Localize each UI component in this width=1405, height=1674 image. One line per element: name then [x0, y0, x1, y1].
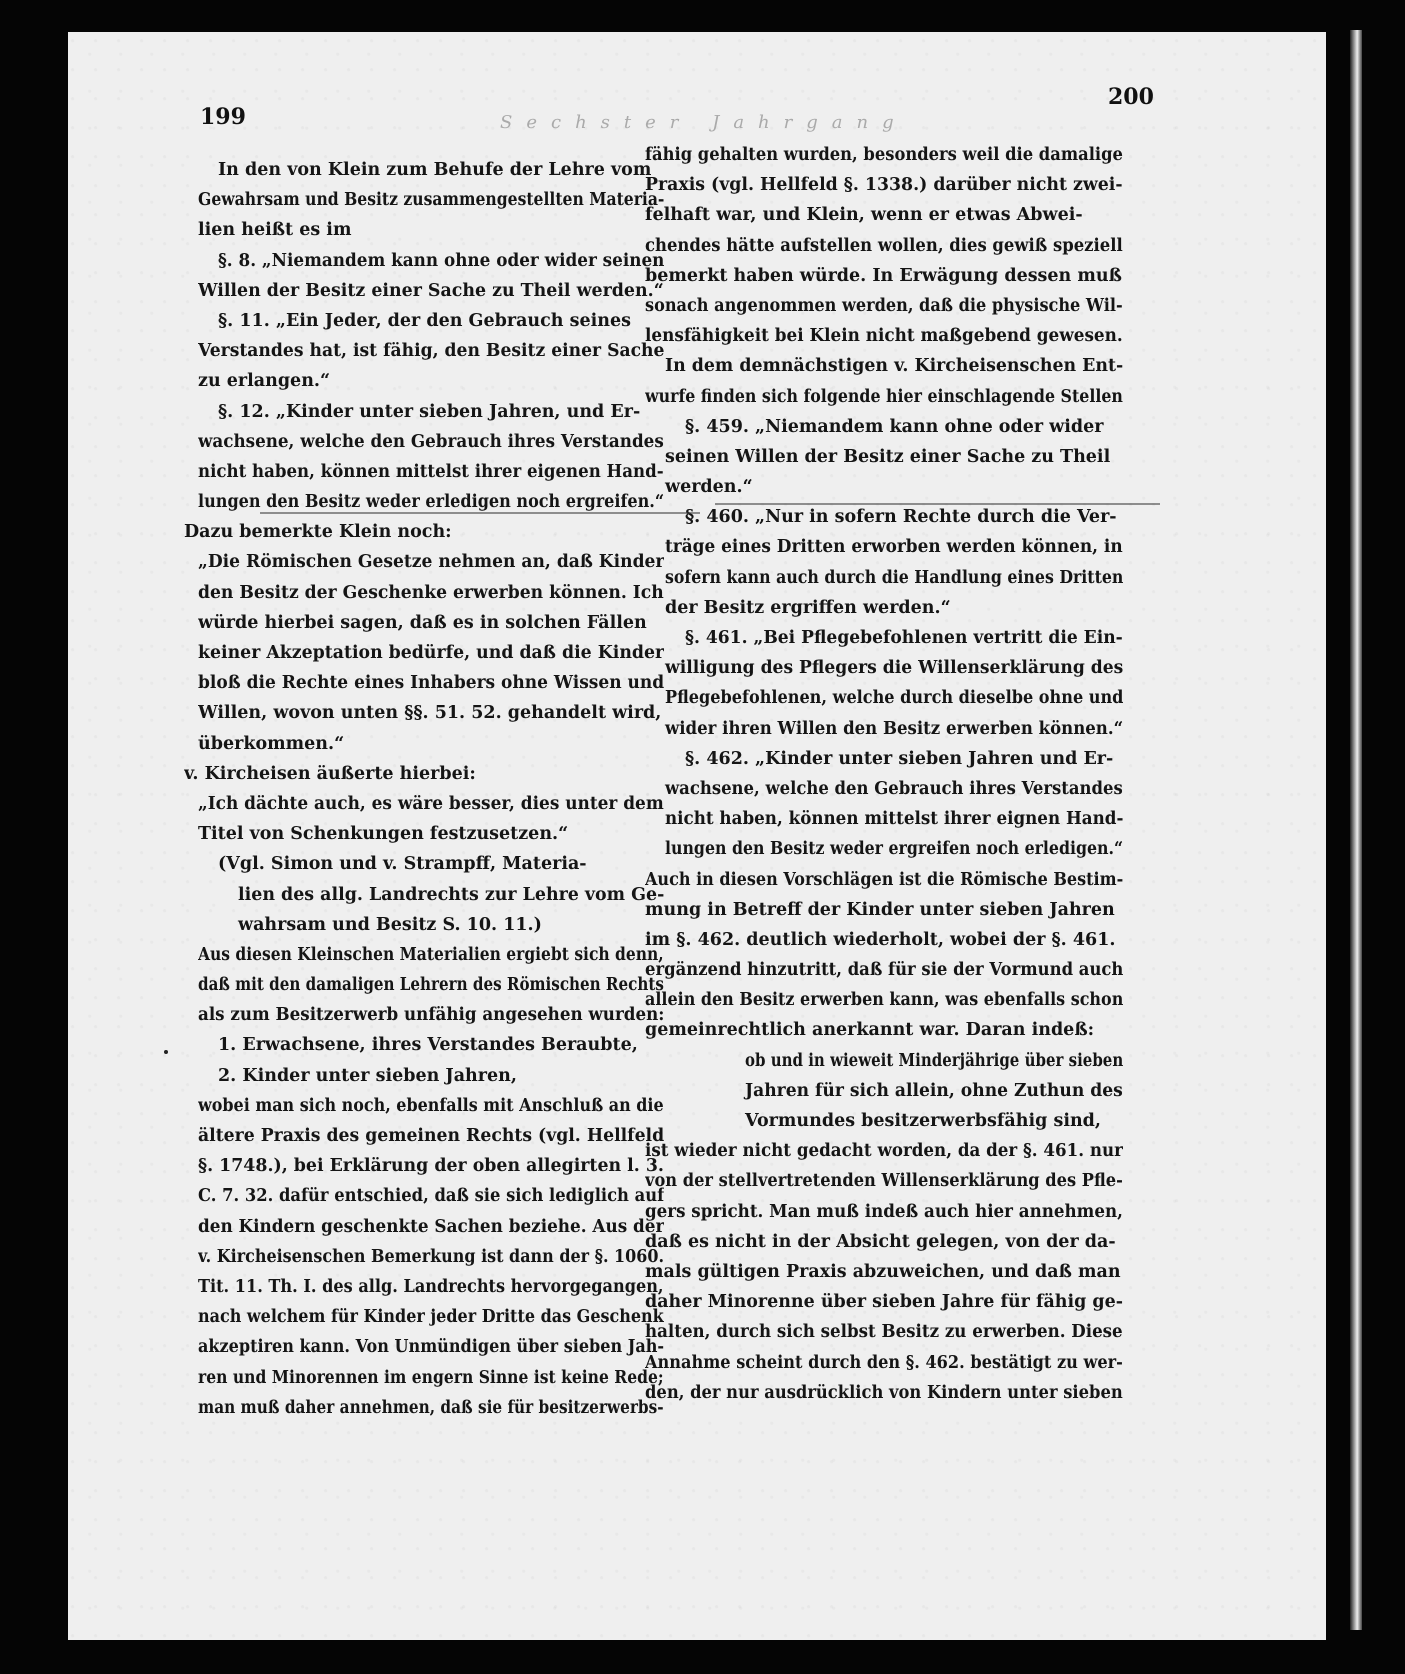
text-line: „Ich dächte auch, es wäre besser, dies u… — [198, 789, 664, 819]
text-line: §. 460. „Nur in sofern Rechte durch die … — [645, 502, 1123, 532]
text-line: §. 12. „Kinder unter sieben Jahren, und … — [198, 397, 664, 427]
text-line: v. Kircheisenschen Bemerkung ist dann de… — [198, 1242, 664, 1272]
text-line: Gewahrsam und Besitz zusammengestellten … — [198, 185, 664, 215]
text-line: ren und Minorennen im engern Sinne ist k… — [198, 1363, 664, 1393]
right-page-text-column: fähig gehalten wurden, besonders weil di… — [645, 140, 1123, 1408]
text-line: In den von Klein zum Behufe der Lehre vo… — [198, 155, 664, 185]
text-line: den Besitz der Geschenke erwerben können… — [198, 578, 664, 608]
text-line: seinen Willen der Besitz einer Sache zu … — [645, 442, 1123, 472]
text-line: Willen, wovon unten §§. 51. 52. gehandel… — [198, 698, 664, 728]
text-line: ergänzend hinzutritt, daß für sie der Vo… — [645, 955, 1123, 985]
text-line: träge eines Dritten erworben werden könn… — [645, 532, 1123, 562]
text-line: Dazu bemerkte Klein noch: — [184, 517, 664, 547]
text-line: §. 462. „Kinder unter sieben Jahren und … — [645, 744, 1123, 774]
text-line: halten, durch sich selbst Besitz zu erwe… — [645, 1317, 1123, 1347]
text-line: felhaft war, und Klein, wenn er etwas Ab… — [645, 200, 1123, 230]
text-line: zu erlangen.“ — [198, 366, 664, 396]
text-line: als zum Besitzerwerb unfähig angesehen w… — [198, 1000, 664, 1030]
text-line: Praxis (vgl. Hellfeld §. 1338.) darüber … — [645, 170, 1123, 200]
page-number-left: 199 — [200, 104, 246, 130]
text-line: daher Minorenne über sieben Jahre für fä… — [645, 1287, 1123, 1317]
text-line: mals gültigen Praxis abzuweichen, und da… — [645, 1257, 1123, 1287]
text-line: akzeptiren kann. Von Unmündigen über sie… — [198, 1332, 664, 1362]
text-line: lensfähigkeit bei Klein nicht maßgebend … — [645, 321, 1123, 351]
text-line: In dem demnächstigen v. Kircheisenschen … — [645, 351, 1123, 381]
text-line: lungen den Besitz weder ergreifen noch e… — [645, 834, 1123, 864]
book-binding-edge — [1350, 30, 1362, 1630]
text-line: wurfe finden sich folgende hier einschla… — [645, 382, 1123, 412]
text-line: den Kindern geschenkte Sachen beziehe. A… — [198, 1212, 664, 1242]
text-line: nicht haben, können mittelst ihrer eigne… — [645, 804, 1123, 834]
text-line: bloß die Rechte eines Inhabers ohne Wiss… — [198, 668, 664, 698]
text-line: 1. Erwachsene, ihres Verstandes Beraubte… — [198, 1030, 664, 1060]
text-line: ältere Praxis des gemeinen Rechts (vgl. … — [198, 1121, 664, 1151]
text-line: keiner Akzeptation bedürfe, und daß die … — [198, 638, 664, 668]
text-line: §. 459. „Niemandem kann ohne oder wider — [645, 412, 1123, 442]
left-page-text-column: In den von Klein zum Behufe der Lehre vo… — [198, 155, 664, 1423]
text-line: wachsene, welche den Gebrauch ihres Vers… — [645, 774, 1123, 804]
text-line: lien heißt es im — [198, 215, 664, 245]
text-line: ob und in wieweit Minderjährige über sie… — [645, 1046, 1123, 1076]
text-line: Titel von Schenkungen festzusetzen.“ — [198, 819, 664, 849]
text-line: Vormundes besitzerwerbsfähig sind, — [645, 1106, 1123, 1136]
text-line: gemeinrechtlich anerkannt war. Daran ind… — [645, 1015, 1123, 1045]
text-line: Auch in diesen Vorschlägen ist die Römis… — [645, 865, 1123, 895]
text-line: Aus diesen Kleinschen Materialien ergieb… — [198, 940, 664, 970]
text-line: nicht haben, können mittelst ihrer eigen… — [198, 457, 664, 487]
text-line: v. Kircheisen äußerte hierbei: — [184, 759, 664, 789]
text-line: „Die Römischen Gesetze nehmen an, daß Ki… — [198, 547, 664, 577]
text-line: überkommen.“ — [198, 729, 664, 759]
text-line: der Besitz ergriffen werden.“ — [645, 593, 1123, 623]
text-line: daß es nicht in der Absicht gelegen, von… — [645, 1227, 1123, 1257]
text-line: sonach angenommen werden, daß die physis… — [645, 291, 1123, 321]
text-line: wobei man sich noch, ebenfalls mit Ansch… — [198, 1091, 664, 1121]
text-line: Jahren für sich allein, ohne Zuthun des — [645, 1076, 1123, 1106]
text-line: ist wieder nicht gedacht worden, da der … — [645, 1136, 1123, 1166]
text-line: werden.“ — [645, 472, 1123, 502]
text-line: nach welchem für Kinder jeder Dritte das… — [198, 1302, 664, 1332]
text-line: willigung des Pflegers die Willenserklär… — [645, 653, 1123, 683]
text-line: 2. Kinder unter sieben Jahren, — [198, 1061, 664, 1091]
text-line: §. 8. „Niemandem kann ohne oder wider se… — [198, 246, 664, 276]
text-line: daß mit den damaligen Lehrern des Römisc… — [198, 970, 664, 1000]
text-line: lien des allg. Landrechts zur Lehre vom … — [198, 880, 664, 910]
print-rule-artifact — [715, 503, 1160, 505]
text-line: bemerkt haben würde. In Erwägung dessen … — [645, 261, 1123, 291]
text-line: wachsene, welche den Gebrauch ihres Vers… — [198, 427, 664, 457]
text-line: im §. 462. deutlich wiederholt, wobei de… — [645, 925, 1123, 955]
text-line: Willen der Besitz einer Sache zu Theil w… — [198, 276, 664, 306]
text-line: fähig gehalten wurden, besonders weil di… — [645, 140, 1123, 170]
text-line: Pflegebefohlenen, welche durch dieselbe … — [645, 683, 1123, 713]
text-line: wider ihren Willen den Besitz erwerben k… — [645, 714, 1123, 744]
text-line: Verstandes hat, ist fähig, den Besitz ei… — [198, 336, 664, 366]
text-line: von der stellvertretenden Willenserkläru… — [645, 1166, 1123, 1196]
text-line: würde hierbei sagen, daß es in solchen F… — [198, 608, 664, 638]
text-line: C. 7. 32. dafür entschied, daß sie sich … — [198, 1181, 664, 1211]
text-line: gers spricht. Man muß indeß auch hier an… — [645, 1197, 1123, 1227]
text-line: §. 461. „Bei Pflegebefohlenen vertritt d… — [645, 623, 1123, 653]
text-line: mung in Betreff der Kinder unter sieben … — [645, 895, 1123, 925]
text-line: §. 1748.), bei Erklärung der oben allegi… — [198, 1151, 664, 1181]
text-line: man muß daher annehmen, daß sie für besi… — [198, 1393, 664, 1423]
print-rule-artifact — [260, 512, 700, 514]
bleed-through-header: Sechster Jahrgang — [500, 112, 908, 133]
text-line: Tit. 11. Th. I. des allg. Landrechts her… — [198, 1272, 664, 1302]
text-line: Annahme scheint durch den §. 462. bestät… — [645, 1348, 1123, 1378]
text-line: allein den Besitz erwerben kann, was ebe… — [645, 985, 1123, 1015]
text-line: den, der nur ausdrücklich von Kindern un… — [645, 1378, 1123, 1408]
text-line: (Vgl. Simon und v. Strampff, Materia- — [198, 849, 664, 879]
text-line: chendes hätte aufstellen wollen, dies ge… — [645, 231, 1123, 261]
ink-speck — [164, 1050, 168, 1054]
text-line: wahrsam und Besitz S. 10. 11.) — [198, 910, 664, 940]
page-number-right: 200 — [1108, 84, 1154, 110]
text-line: §. 11. „Ein Jeder, der den Gebrauch sein… — [198, 306, 664, 336]
text-line: sofern kann auch durch die Handlung eine… — [645, 563, 1123, 593]
